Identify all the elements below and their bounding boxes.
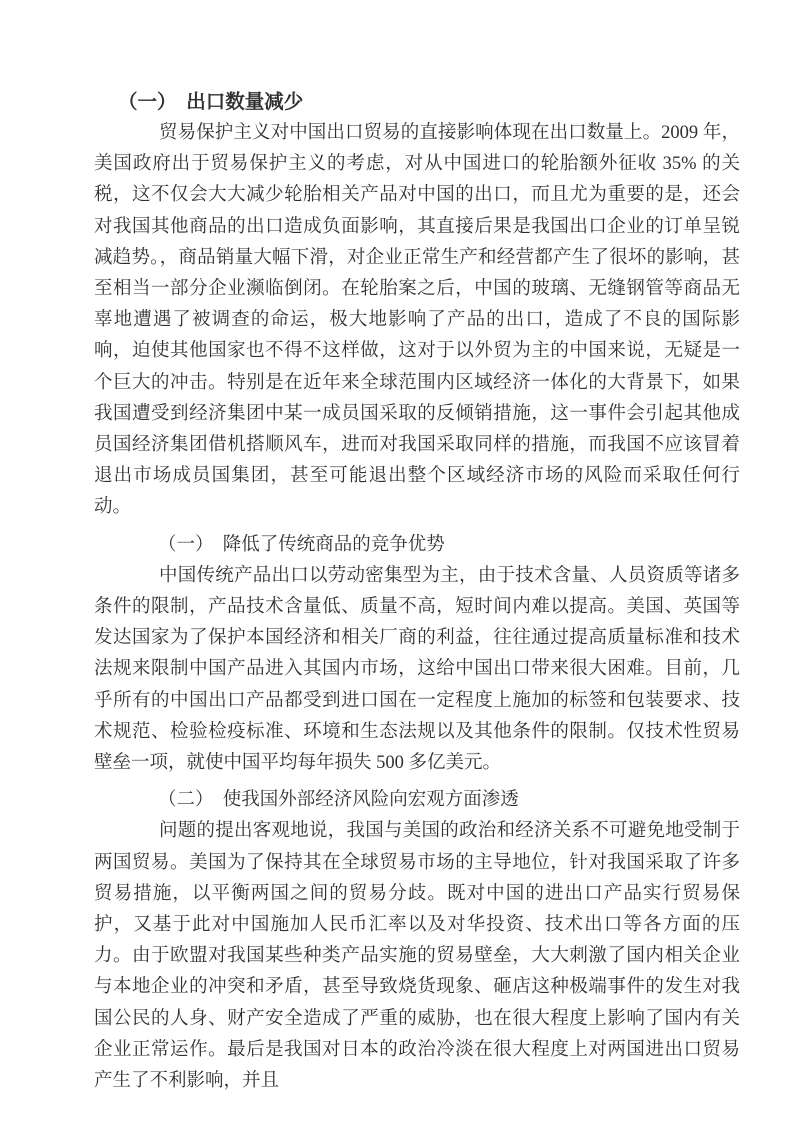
sub-heading-external-economic-risk: （二） 使我国外部经济风险向宏观方面渗透 [94,785,740,816]
sub-heading-traditional-goods-advantage: （一） 降低了传统商品的竞争优势 [94,530,740,561]
body-paragraph-traditional-goods-advantage: 中国传统产品出口以劳动密集型为主，由于技术含量、人员资质等诸多条件的限制，产品技… [94,561,740,779]
body-paragraph-export-decline: 贸易保护主义对中国出口贸易的直接影响体现在出口数量上。2009 年，美国政府出于… [94,118,740,524]
document-page: （一） 出口数量减少 贸易保护主义对中国出口贸易的直接影响体现在出口数量上。20… [0,0,793,1122]
body-paragraph-external-economic-risk: 问题的提出客观地说，我国与美国的政治和经济关系不可避免地受制于两国贸易。美国为了… [94,816,740,1097]
section-heading-export-decline: （一） 出口数量减少 [94,87,740,118]
